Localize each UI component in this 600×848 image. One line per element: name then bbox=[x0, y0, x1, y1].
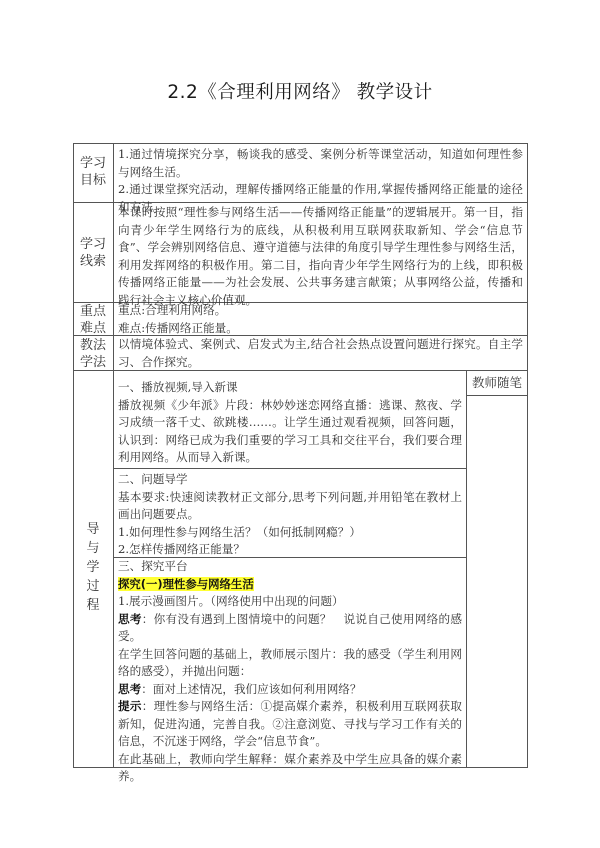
key-points-content: 重点:合理利用网络。 难点:传播网络正能量。 bbox=[118, 302, 523, 337]
clues-paragraph: 本课时按照“理性参与网络生活——传播网络正能量”的逻辑展开。第一目，指向青少年学… bbox=[118, 204, 523, 309]
teacher-notes-area bbox=[467, 396, 527, 767]
label-char: 导 bbox=[83, 520, 103, 539]
explanation-paragraph: 在此基础上，教师向学生解释：媒介素养及中学生应具备的媒介素养。 bbox=[118, 751, 462, 786]
hint-text: ：理性参与网络生活：①提高媒介素养，积极利用互联网获取新知，促进沟通，完善自我。… bbox=[118, 699, 462, 748]
section-body: 播放视频《少年派》片段：林妙妙迷恋网络直播：逃课、熬夜、学习成绩一落千丈、欲跳楼… bbox=[118, 397, 462, 467]
label-char: 过 bbox=[83, 577, 103, 596]
think-text: ：面对上述情况，我们应该如何利用网络？ bbox=[141, 682, 361, 696]
clues-content: 本课时按照“理性参与网络生活——传播网络正能量”的逻辑展开。第一目，指向青少年学… bbox=[118, 204, 523, 309]
label-char: 学 bbox=[83, 558, 103, 577]
label-line: 学法 bbox=[73, 354, 113, 371]
highlighted-subheading: 探究(一)理性参与网络生活 bbox=[118, 577, 254, 591]
label-line: 难点 bbox=[73, 320, 113, 337]
objective-item: 1.通过情境探究分享，畅谈我的感受、案例分析等课堂活动，知道如何理性参与网络生活… bbox=[118, 146, 523, 181]
row-label-objectives: 学习 目标 bbox=[73, 155, 113, 189]
section-divider bbox=[113, 468, 466, 469]
label-line: 学习 bbox=[73, 236, 113, 253]
row-label-methods: 教法 学法 bbox=[73, 337, 113, 371]
activity-item: 1.展示漫画图片。（网络使用中出现的问题） bbox=[118, 593, 462, 611]
think-label: 思考 bbox=[118, 612, 142, 626]
label-line: 教法 bbox=[73, 337, 113, 354]
row-label-key-points: 重点 难点 bbox=[73, 303, 113, 337]
section-heading: 三、探究平台 bbox=[118, 558, 462, 576]
section-question-guide: 二、问题导学 基本要求:快速阅读教材正文部分,思考下列问题,并用铅笔在教材上画出… bbox=[118, 471, 462, 559]
methods-content: 以情境体验式、案例式、启发式为主,结合社会热点设置问题进行探究。自主学习、合作探… bbox=[118, 336, 523, 371]
methods-paragraph: 以情境体验式、案例式、启发式为主,结合社会热点设置问题进行探究。自主学习、合作探… bbox=[118, 336, 523, 371]
section-heading: 二、问题导学 bbox=[118, 471, 462, 489]
row-label-clues: 学习 线索 bbox=[73, 236, 113, 270]
think-question-2: 思考：面对上述情况，我们应该如何利用网络？ bbox=[118, 681, 462, 699]
key-point: 重点:合理利用网络。 bbox=[118, 302, 523, 320]
row-label-process: 导 与 学 过 程 bbox=[83, 520, 103, 615]
question-item: 1.如何理性参与网络生活？（如何抵制网瘾？） bbox=[118, 524, 462, 542]
page-title: 2.2《合理利用网络》 教学设计 bbox=[0, 78, 600, 104]
section-intro: 一、播放视频,导入新课 播放视频《少年派》片段：林妙妙迷恋网络直播：逃课、熬夜、… bbox=[118, 379, 462, 467]
section-heading: 一、播放视频,导入新课 bbox=[118, 379, 462, 397]
label-line: 目标 bbox=[73, 172, 113, 189]
question-item: 2.怎样传播网络正能量？ bbox=[118, 541, 462, 559]
difficult-point: 难点:传播网络正能量。 bbox=[118, 320, 523, 338]
label-line: 线索 bbox=[73, 253, 113, 270]
hint-paragraph: 提示：理性参与网络生活：①提高媒介素养，积极利用互联网获取新知，促进沟通，完善自… bbox=[118, 698, 462, 751]
think-label: 思考 bbox=[118, 682, 141, 696]
label-line: 重点 bbox=[73, 303, 113, 320]
label-char: 与 bbox=[83, 539, 103, 558]
label-char: 程 bbox=[83, 596, 103, 615]
think-question-1: 思考：你有没有遇到上图情境中的问题？ 说说自己使用网络的感受。 bbox=[118, 611, 462, 646]
think-text: ：你有没有遇到上图情境中的问题？ 说说自己使用网络的感受。 bbox=[118, 612, 462, 644]
teacher-notes-header: 教师随笔 bbox=[466, 374, 528, 391]
requirement-text: 基本要求:快速阅读教材正文部分,思考下列问题,并用铅笔在教材上画出问题要点。 bbox=[118, 489, 462, 524]
label-line: 学习 bbox=[73, 155, 113, 172]
section-inquiry: 三、探究平台 探究(一)理性参与网络生活 1.展示漫画图片。（网络使用中出现的问… bbox=[118, 558, 462, 786]
hint-label: 提示 bbox=[118, 699, 142, 713]
label-column-divider bbox=[113, 143, 114, 768]
teacher-paragraph: 在学生回答问题的基础上，教师展示图片：我的感受（学生利用网络的感受），并抛出问题… bbox=[118, 646, 462, 681]
